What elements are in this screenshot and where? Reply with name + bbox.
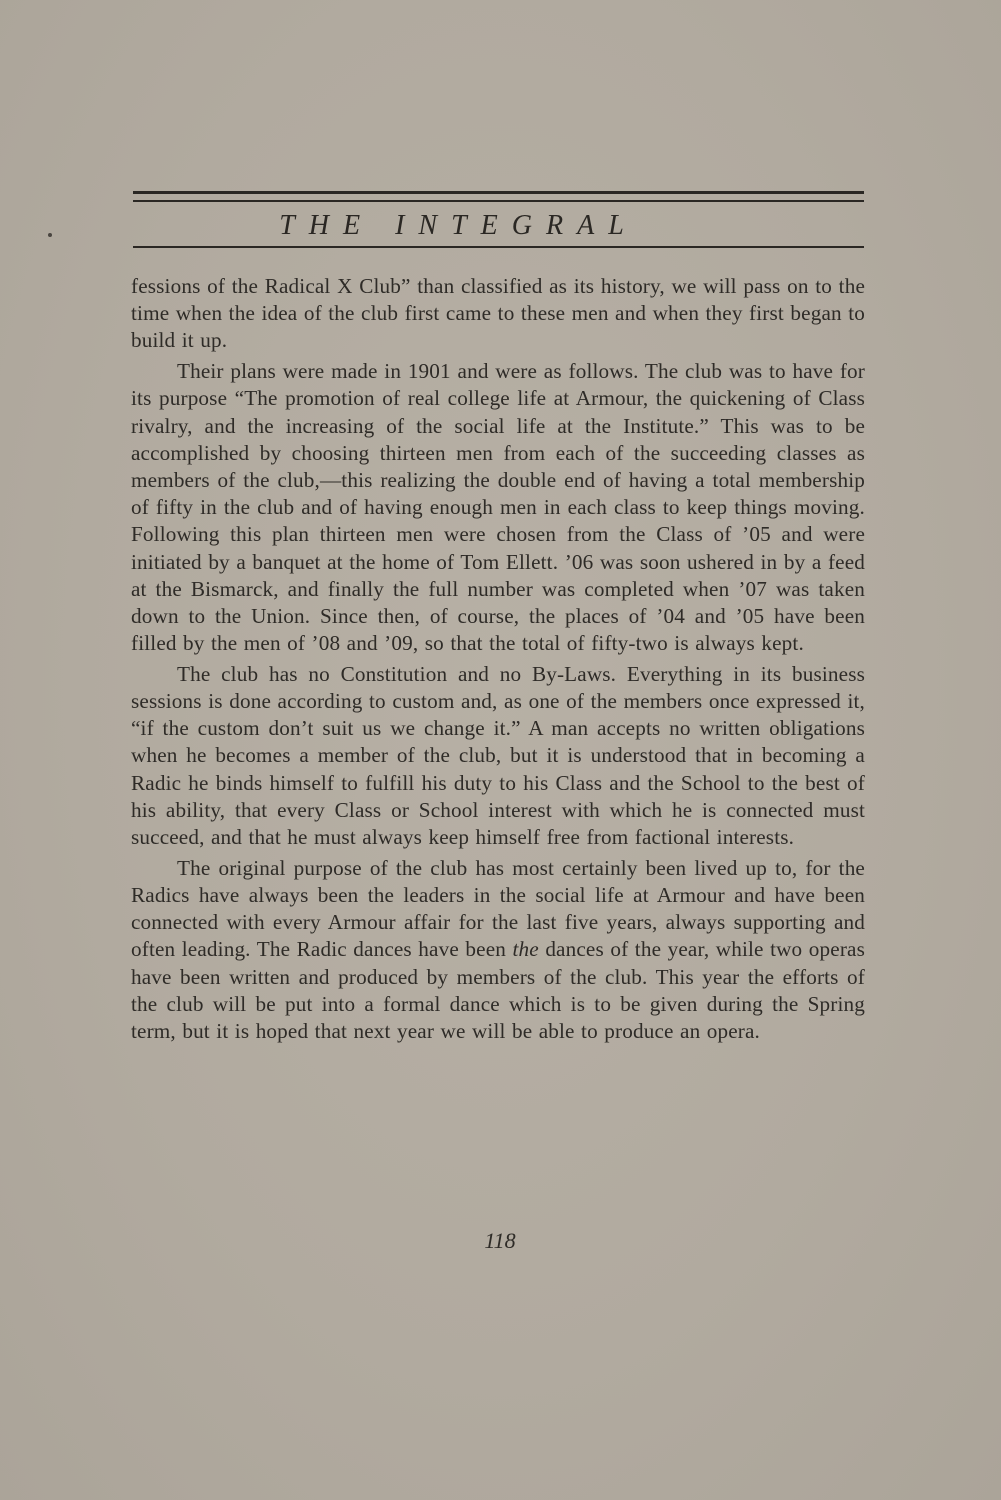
- running-head: THE INTEGRAL: [133, 208, 864, 244]
- page-number: 118: [440, 1228, 560, 1254]
- emphasis-text: the: [512, 937, 538, 961]
- paragraph: Their plans were made in 1901 and were a…: [131, 358, 865, 657]
- header-rule-top-thin: [133, 200, 864, 202]
- paper-blemish: [48, 233, 52, 237]
- header-rule-bottom: [133, 246, 864, 248]
- paragraph-continued: fessions of the Radical X Club” than cla…: [131, 273, 865, 355]
- body-text: fessions of the Radical X Club” than cla…: [131, 273, 865, 1049]
- paragraph: The original purpose of the club has mos…: [131, 855, 865, 1045]
- paragraph: The club has no Constitution and no By-L…: [131, 661, 865, 851]
- header-rule-top-thick: [133, 191, 864, 194]
